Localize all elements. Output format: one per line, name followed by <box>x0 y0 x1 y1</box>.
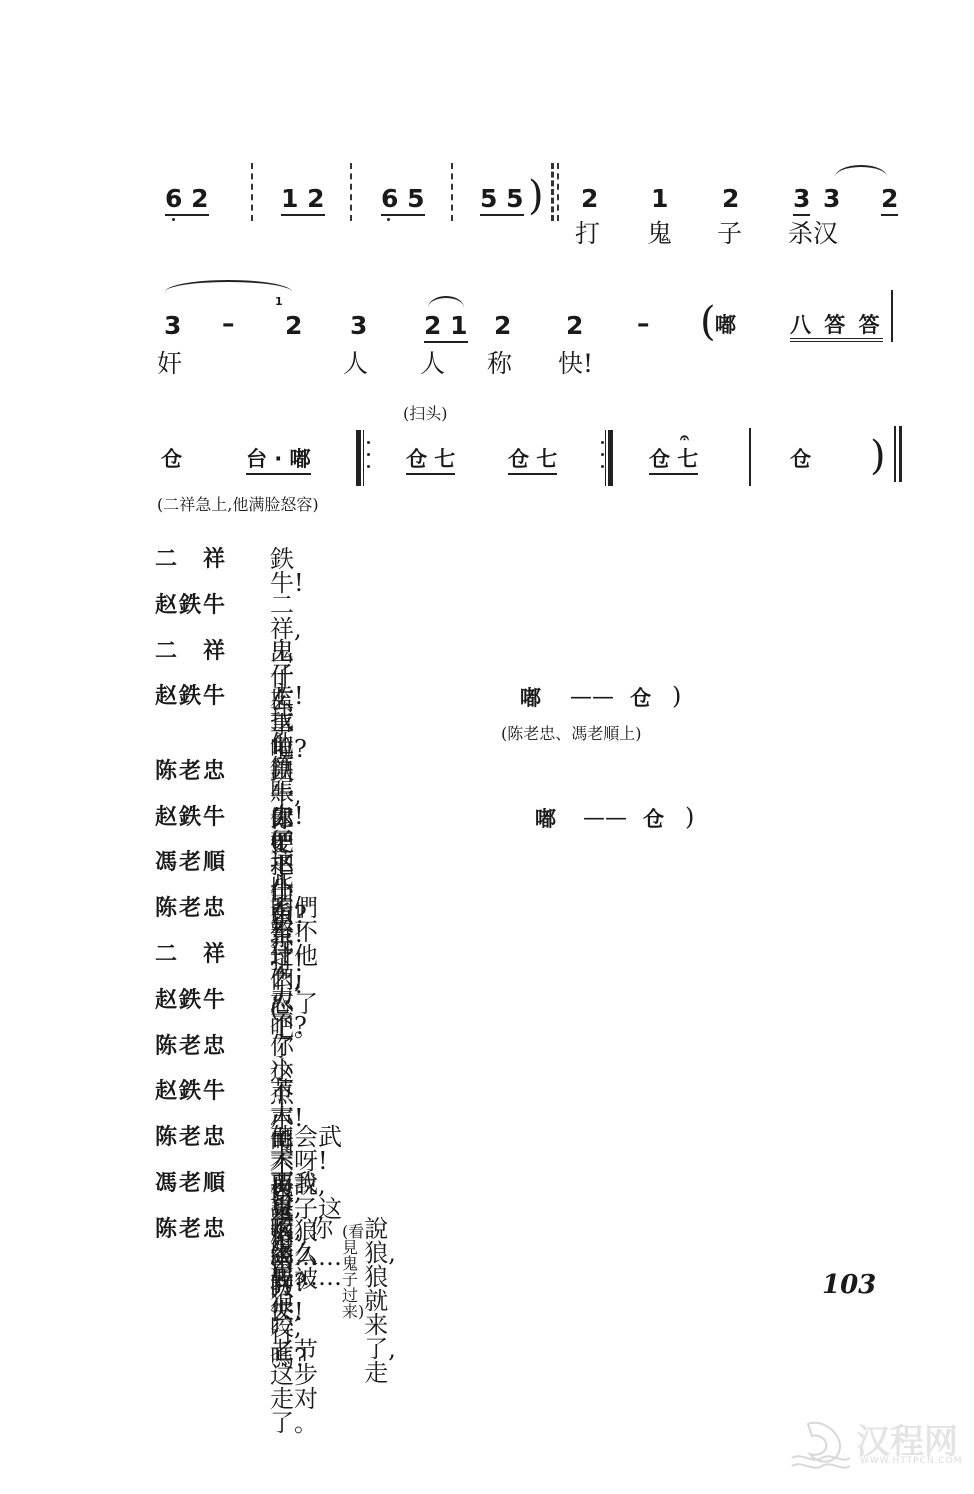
percussion-syllable: 嘟 <box>535 809 556 830</box>
repeat-dots <box>601 441 604 477</box>
speaker-name: 陈老忠 <box>155 1036 239 1058</box>
speaker-name: 赵鉄牛 <box>155 595 239 617</box>
note: 2 <box>881 186 898 216</box>
dash: – <box>637 311 650 336</box>
note-group: 6 2 <box>165 186 209 216</box>
note-group: 2 1 <box>424 313 468 343</box>
note-group: 1 2 <box>281 186 325 216</box>
speaker-name: 二 祥 <box>155 641 239 663</box>
close-paren: ) <box>685 805 694 829</box>
repeat-start-barline <box>356 430 361 486</box>
note: 3 <box>350 313 367 338</box>
lyric: 子 <box>717 221 742 246</box>
speaker-name: 赵鉄牛 <box>155 990 239 1012</box>
repeat-end-barline <box>608 430 613 486</box>
note: 2 <box>566 313 583 338</box>
note: 2 <box>581 186 598 211</box>
percussion-syllable: 仓 七 <box>649 449 698 475</box>
speaker-name: 二 祥 <box>155 944 239 966</box>
speaker-name: 陈老忠 <box>155 1127 239 1149</box>
watermark-url: WWW.HTTPCN.COM <box>860 1456 963 1466</box>
note: 2 <box>722 186 739 211</box>
note-group: 5 5 <box>480 186 524 216</box>
percussion-syllable: 仓 <box>630 688 651 709</box>
speaker-name: 陈老忠 <box>155 898 239 920</box>
dashed-double-barline <box>551 163 554 221</box>
dashed-double-barline <box>557 163 559 221</box>
dash-line: —— <box>583 806 627 831</box>
speaker-name: 赵鉄牛 <box>155 807 239 829</box>
spoken-text: 咳, 你怎么也…… <box>270 1217 342 1289</box>
lyric: 奸 <box>157 351 182 376</box>
open-paren: ( <box>700 302 716 342</box>
speaker-name: 馮老順 <box>155 852 239 874</box>
slur <box>835 165 887 177</box>
lyric: 打 <box>575 221 600 246</box>
repeat-end-barline <box>605 430 606 486</box>
slur <box>165 280 292 292</box>
spoken-text: 說狼, 狼就来了, 走 <box>364 1217 396 1385</box>
barline <box>749 428 751 486</box>
section-annotation: (扫头) <box>403 406 448 422</box>
low-octave-dot <box>172 218 175 221</box>
dash: – <box>222 311 235 336</box>
barline <box>891 290 893 342</box>
stage-direction-inline: (看見鬼子过来) <box>342 1224 364 1320</box>
dashed-barline <box>451 163 453 221</box>
fermata-icon: 𝄐 <box>680 428 689 448</box>
lyric: 鬼 <box>647 221 672 246</box>
dash-line: —— <box>570 685 614 710</box>
speaker-name: 陈老忠 <box>155 1219 239 1241</box>
percussion-syllable: 仓 <box>161 449 182 470</box>
percussion-syllable: 嘟 <box>520 688 541 709</box>
close-paren: ) <box>672 684 681 708</box>
repeat-dots <box>367 441 370 477</box>
spoken-line: 咳, 你怎么也…… (看見鬼子过来) 說狼, 狼就来了, 走 <box>270 1217 396 1385</box>
speaker-name: 陈老忠 <box>155 761 239 783</box>
lyric: 快! <box>558 351 593 376</box>
percussion-syllable: 仓 七 <box>406 449 455 475</box>
final-barline <box>894 426 896 482</box>
note: 3 <box>793 186 810 216</box>
percussion-syllable: 台 · 嘟 <box>246 449 311 475</box>
note: 3 <box>164 313 181 338</box>
percussion-syllable: 八 答 答 <box>790 315 883 342</box>
spoken-line: 鉄牛! <box>270 547 304 595</box>
repeat-start-barline <box>363 430 364 486</box>
note: 2 <box>494 313 511 338</box>
grace-note: 1 <box>275 295 283 308</box>
speaker-name: 二 祥 <box>155 549 239 571</box>
stage-direction: (二祥急上,他满脸怒容) <box>157 492 319 515</box>
lyric: 杀汉 <box>788 221 838 246</box>
percussion-syllable: 嘟 <box>715 315 736 336</box>
speaker-name: 馮老順 <box>155 1173 239 1195</box>
percussion-syllable: 仓 <box>790 449 811 470</box>
note: 2 <box>285 313 302 338</box>
dolphin-logo-icon <box>788 1418 852 1476</box>
low-octave-dot <box>387 218 390 221</box>
lyric: 人 <box>343 351 368 376</box>
slur <box>428 296 464 308</box>
speaker-name: 赵鉄牛 <box>155 686 239 708</box>
speaker-name: 赵鉄牛 <box>155 1081 239 1103</box>
note: 1 <box>651 186 668 211</box>
percussion-syllable: 仓 <box>643 809 664 830</box>
close-paren: ) <box>528 176 544 216</box>
note: 3 <box>823 186 840 211</box>
note-group: 6 5 <box>381 186 425 216</box>
dashed-barline <box>251 163 253 221</box>
final-barline <box>899 426 902 482</box>
percussion-syllable: 仓 七 <box>508 449 557 475</box>
lyric: 人 <box>420 351 445 376</box>
lyric: 称 <box>487 351 512 376</box>
page-number: 103 <box>822 1270 876 1300</box>
close-paren: ) <box>870 436 886 476</box>
stage-direction: (陈老忠、馮老順上) <box>501 721 642 744</box>
dashed-barline <box>350 163 352 221</box>
